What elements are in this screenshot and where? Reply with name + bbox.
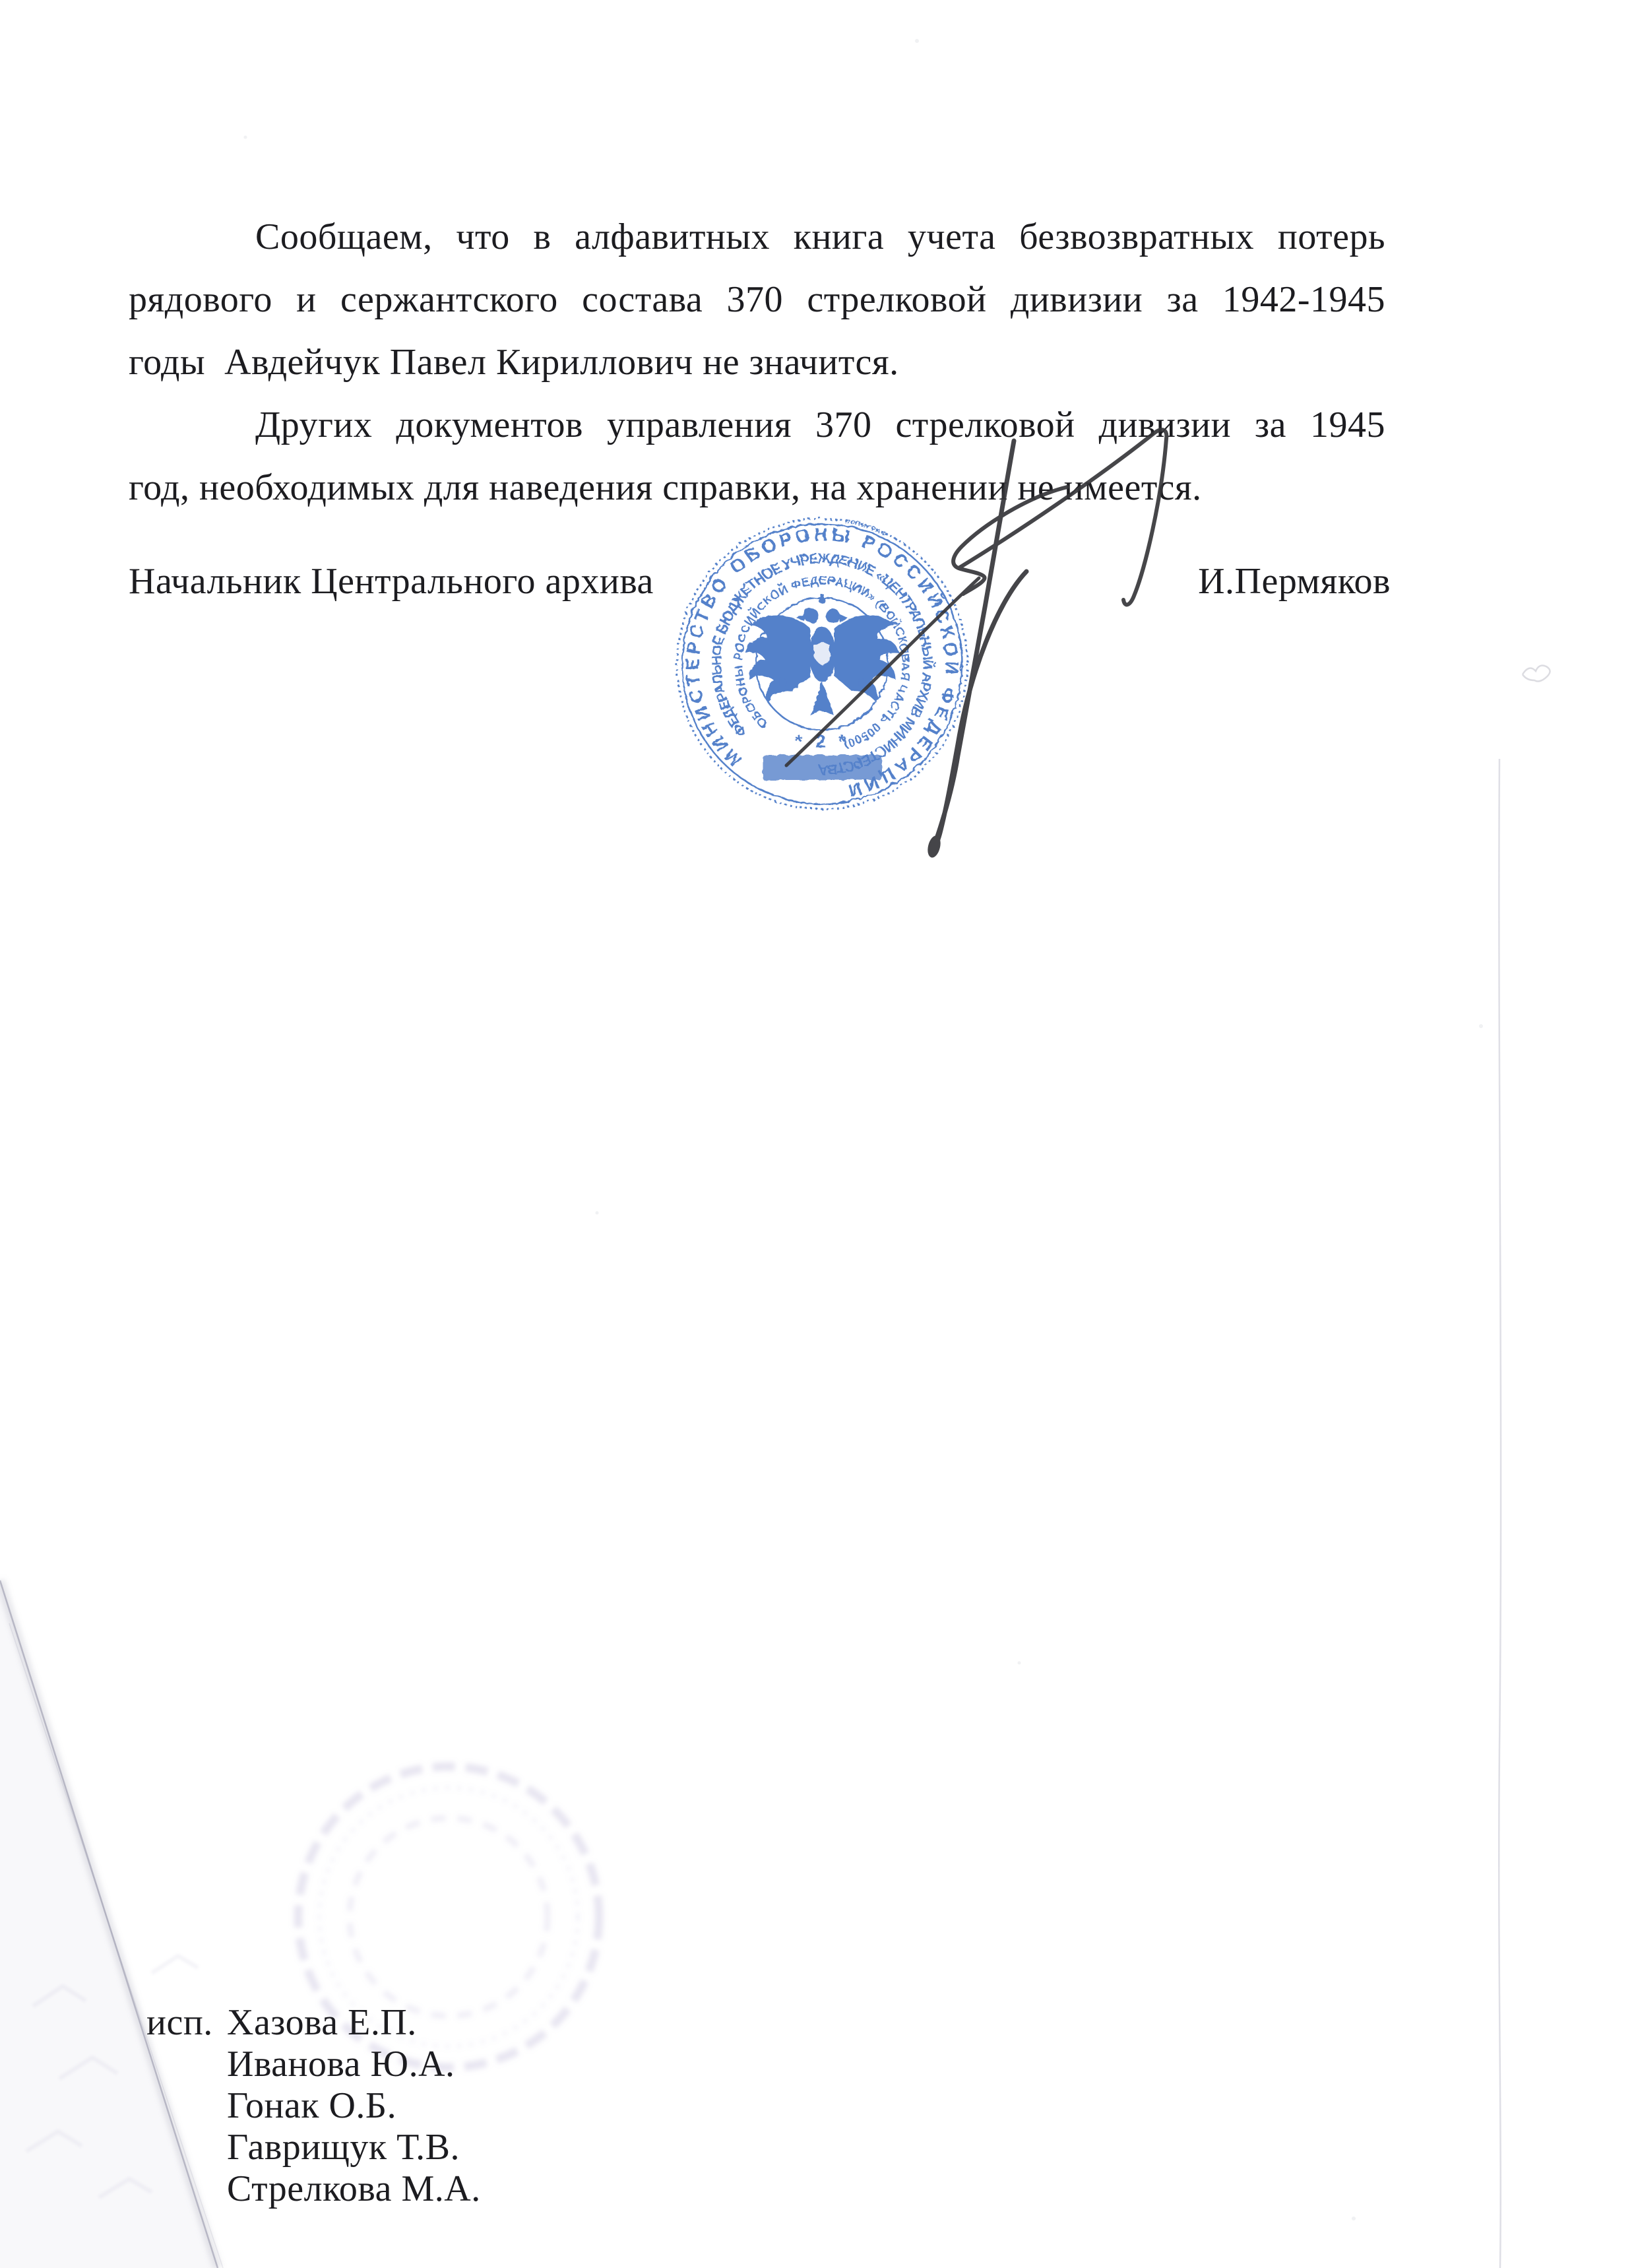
letter-body: Сообщаем, что в алфавитных книга учета б…: [129, 206, 1385, 519]
officer-title: Начальник Центрального архива: [129, 560, 654, 603]
scanned-letter-page: Сообщаем, что в алфавитных книга учета б…: [0, 0, 1636, 2268]
executor-row: исп.Хазова Е.П.: [146, 2002, 481, 2044]
body-line: год, необходимых для наведения справки, …: [129, 457, 1385, 519]
double-eagle-icon: [744, 593, 898, 715]
body-line: годы Авдейчук Павел Кириллович не значит…: [129, 331, 1385, 394]
executor-name: Хазова Е.П.: [227, 2002, 417, 2043]
body-line: Других документов управления 370 стрелко…: [129, 394, 1385, 457]
stamp-ink-group: ПОЛИГРАФ МИНИСТЕРСТВО ОБОРОНЫ РОССИЙСКОЙ…: [670, 511, 973, 815]
executor-row: Гаврищук Т.В.: [227, 2127, 481, 2168]
stamp-banner: [762, 754, 881, 779]
executor-prefix: исп.: [146, 2002, 227, 2044]
faint-squiggle-mark: [1523, 666, 1550, 682]
executor-name: Иванова Ю.А.: [227, 2044, 455, 2085]
executor-row: Стрелкова М.А.: [227, 2168, 481, 2210]
executors-block: исп.Хазова Е.П. Иванова Ю.А. Гонак О.Б. …: [146, 2002, 481, 2210]
body-line: рядового и сержантского состава 370 стре…: [129, 269, 1385, 331]
officer-name: И.Пермяков: [1198, 560, 1391, 603]
official-stamp: ПОЛИГРАФ МИНИСТЕРСТВО ОБОРОНЫ РОССИЙСКОЙ…: [670, 511, 973, 815]
executor-row: Гонак О.Б.: [227, 2085, 481, 2127]
stamp-center-number: * 2 *: [794, 730, 849, 750]
signature-ink-blob: [926, 834, 943, 859]
executor-name: Гаврищук Т.В.: [227, 2127, 460, 2168]
body-line: Сообщаем, что в алфавитных книга учета б…: [129, 206, 1385, 269]
executor-row: Иванова Ю.А.: [227, 2044, 481, 2085]
executor-name: Стрелкова М.А.: [227, 2168, 481, 2209]
scanner-streak: [1499, 759, 1501, 2268]
executor-name: Гонак О.Б.: [227, 2085, 396, 2126]
